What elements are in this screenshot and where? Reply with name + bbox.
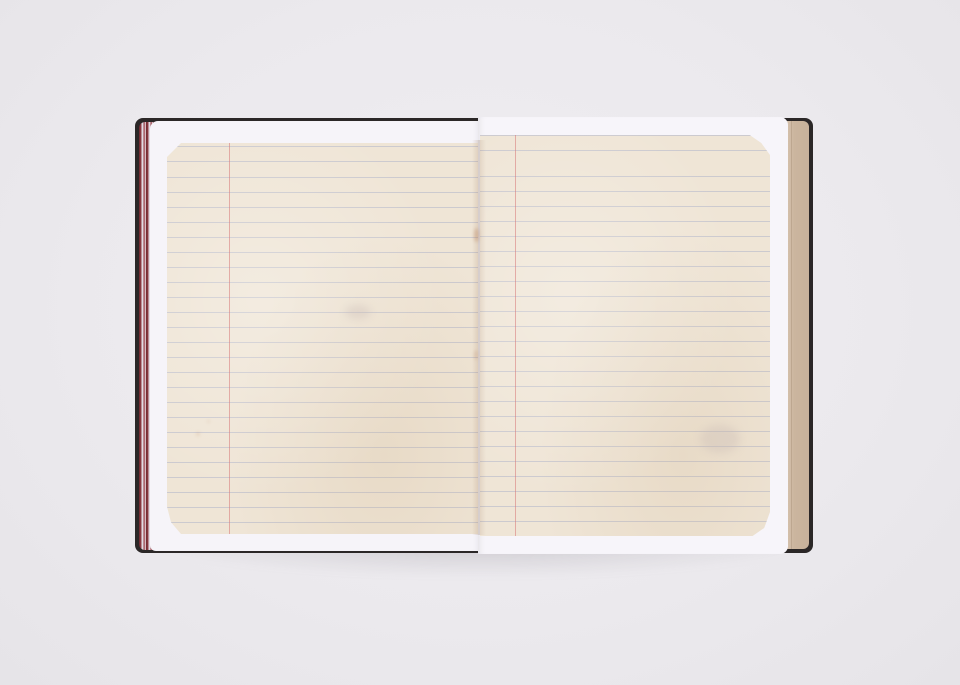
- right-margin-line: [515, 135, 516, 536]
- gutter-stain: [474, 350, 478, 360]
- gutter-stain: [474, 228, 479, 242]
- right-page-paper: [480, 135, 770, 536]
- right-page-block: [785, 121, 809, 549]
- page-gutter: [472, 140, 486, 535]
- paper-smudge: [700, 425, 740, 453]
- left-margin-line: [229, 143, 230, 534]
- paper-spot: [207, 420, 210, 423]
- paper-spot: [196, 432, 200, 436]
- left-page-paper: [167, 143, 478, 534]
- paper-smudge: [345, 305, 371, 319]
